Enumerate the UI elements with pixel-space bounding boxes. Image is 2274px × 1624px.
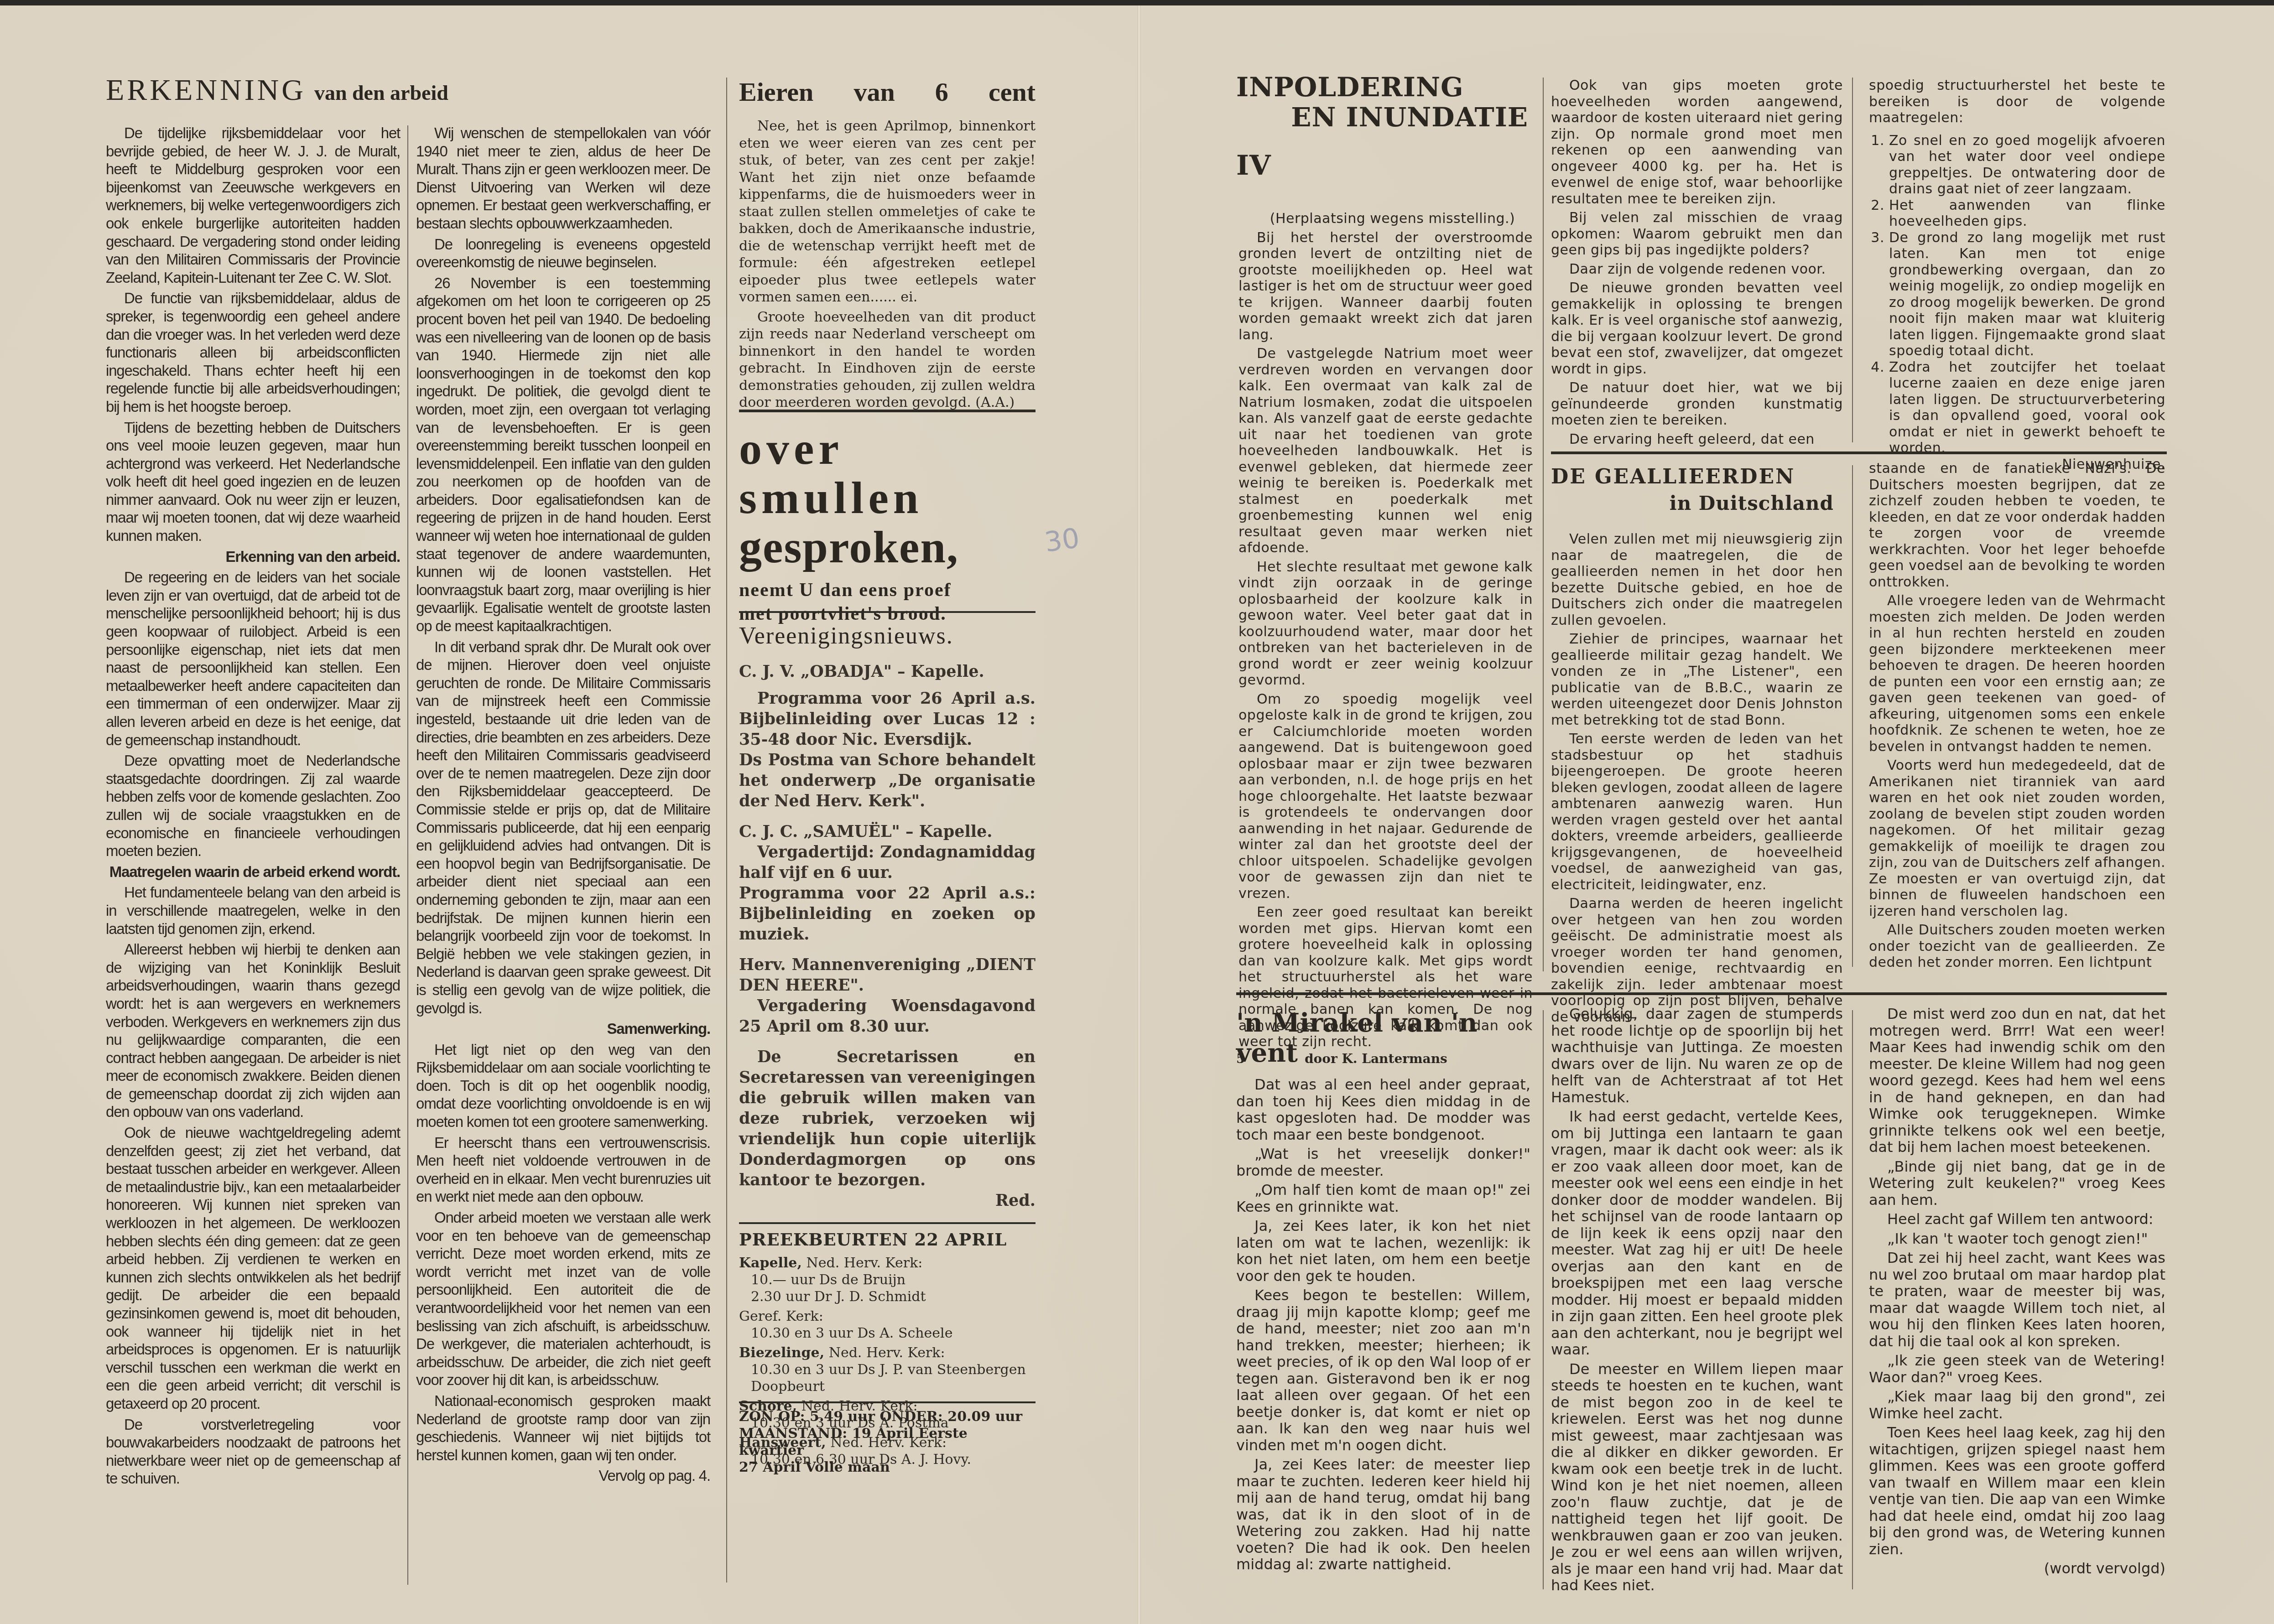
ad-line: gesproken, [739,523,1036,572]
column-rule [1543,78,1544,971]
mirakel-column-3: De mist werd zoo dun en nat, dat het mot… [1869,1006,2165,1580]
erkenning-column-1: De tijdelijke rijksbemiddelaar voor het … [106,124,400,1490]
paragraph: Het slechte resultaat met gewone kalk vi… [1238,559,1533,689]
headline-line: DE GEALLIEERDEN [1551,465,1834,488]
paragraph: Ja, zei Kees later, ik kon het niet late… [1236,1218,1530,1284]
paragraph: spoedig structuurherstel het beste te be… [1869,78,2165,126]
paragraph: „Wat is het vreeselijk donker!" bromde d… [1236,1146,1530,1179]
subheading: Maatregelen waarin de arbeid erkend word… [106,863,400,881]
inpoldering-column-3: spoedig structuurherstel het beste te be… [1869,78,2165,475]
reprint-note: (Herplaatsing wegens misstelling.) [1238,211,1533,227]
paragraph: De natuur doet hier, wat we bij geïnunde… [1551,380,1843,429]
club-heading: C. J. V. „OBADJA" – Kapelle. [739,661,1036,682]
center-fold [1137,5,1141,1624]
paragraph: Kees begon te bestellen: Willem, draag j… [1236,1287,1530,1453]
column-rule [726,78,727,1582]
paragraph: Bij velen zal misschien de vraag opkomen… [1551,210,1843,259]
section-divider [739,1222,1036,1224]
sun-moon-info: ZON OP: 5.49 uur ONDER: 20.09 uur MAANST… [739,1408,1036,1476]
club-line: Ds Postma van Schore behandelt het onder… [739,750,1036,811]
paragraph: „Binde gij niet bang, dat ge in de Weter… [1869,1158,2165,1209]
paragraph: De meester en Willem liepen maar steeds … [1551,1361,1843,1594]
paragraph: Ook van gips moeten grote hoeveelheden w… [1551,78,1843,207]
paragraph: Alle vroegere leden van de Wehrmacht moe… [1869,593,2165,755]
paragraph: Deze opvatting moet de Nederlandsche sta… [106,752,400,860]
headline-word: cent [989,77,1036,107]
paragraph: Om zo spoedig mogelijk veel opgeloste ka… [1238,691,1533,902]
column-rule [1852,1010,1853,1589]
continued-note: Vervolg op pag. 4. [416,1467,710,1485]
church-entry: Geref. Kerk: [739,1308,1036,1325]
headline-sub: van den arbeid [314,81,448,104]
club-line: Programma voor 26 April a.s. Bijbelinlei… [739,688,1036,750]
headline-line: INPOLDERING [1236,72,1528,102]
place: Biezelinge, [739,1345,824,1361]
paragraph: Heel zacht gaf Willem ten antwoord: [1869,1211,2165,1228]
paragraph: Tijdens de bezetting hebben de Duitscher… [106,419,400,545]
paragraph: De loonregeling is eveneens opgesteld ov… [416,235,710,271]
paragraph: De ervaring heeft geleerd, dat een [1551,431,1843,448]
paragraph: Onder arbeid moeten we verstaan alle wer… [416,1209,710,1389]
continued-note: (wordt vervolgd) [1869,1560,2165,1577]
church: Ned. Herv. Kerk: [806,1255,922,1271]
service: 10.30 en 3 uur Ds J. P. van Steenbergen [739,1361,1036,1378]
headline-part-number: IV [1236,150,1528,181]
paragraph: Ook de nieuwe wachtgeldregeling ademt de… [106,1124,400,1413]
paragraph: Ten eerste werden de leden van het stads… [1551,731,1843,893]
headline-erkenning: ERKENNINGvan den arbeid [106,73,448,108]
measure-item: Het aanwenden van flinke hoeveelheden gi… [1889,197,2165,230]
headline-line: EN INUNDATIE [1236,102,1528,132]
paragraph: Ik had eerst gedacht, vertelde Kees, om … [1551,1108,1843,1358]
episode-number: 5 [1236,1051,1245,1066]
club-heading: C. J. C. „SAMUËL" – Kapelle. [739,821,1036,842]
pencil-annotation: 30 [1043,522,1082,559]
headline-main: ERKENNING [106,73,306,107]
mirakel-column-1: Dat was al een heel ander gepraat, dan t… [1236,1076,1530,1576]
moon-phase: MAANSTAND: 19 April Eerste kwartier [739,1425,1036,1459]
column-rule [1852,465,1853,967]
section-divider [739,1401,1036,1403]
paragraph: Nee, het is geen Aprilmop, binnenkort et… [739,118,1036,306]
place: Kapelle, [739,1255,802,1271]
headline-eieren: Eieren van 6 cent [739,77,1036,107]
notice: De Secretarissen en Secretaressen van ve… [739,1047,1036,1190]
paragraph: Velen zullen met mij nieuwsgierig zijn n… [1551,531,1843,628]
paragraph: Voorts werd hun medegedeeld, dat de Amer… [1869,758,2165,919]
section-divider [739,611,1036,613]
service: 10.30 en 3 uur Ds A. Scheele [739,1325,1036,1342]
paragraph: De tijdelijke rijksbemiddelaar voor het … [106,124,400,286]
paragraph: Het ligt niet op den weg van den Rijksbe… [416,1041,710,1131]
measure-item: De grond zo lang mogelijk met rust laten… [1889,230,2165,359]
club-line: Programma voor 22 April a.s.: Bijbelinle… [739,883,1036,944]
column-rule [1543,1010,1544,1589]
church-entry: Biezelinge, Ned. Herv. Kerk: [739,1344,1036,1361]
paragraph: De nieuwe gronden bevatten veel gemakkel… [1551,280,1843,377]
moon-phase: 27 April Volle maan [739,1459,1036,1476]
paragraph: „Ik kan 't waoter toch genogt zien!" [1869,1230,2165,1247]
inpoldering-column-1: (Herplaatsing wegens misstelling.) Bij h… [1238,211,1533,1053]
paragraph: Ziehier de principes, waarnaar het geall… [1551,631,1843,728]
paragraph: „Om half tien komt de maan op!" zei Kees… [1236,1182,1530,1215]
section-divider [1236,992,2167,995]
paragraph: Daar zijn de volgende redenen voor. [1551,261,1843,278]
headline-inpoldering: INPOLDERING EN INUNDATIE IV [1236,72,1528,181]
paragraph: Groote hoeveelheden van dit product zijn… [739,309,1036,411]
paragraph: Wij wenschen de stempellokalen van vóór … [416,124,710,233]
section-divider [1551,451,2167,454]
headline-geallieerden: DE GEALLIEERDEN in Duitschland [1551,465,1834,514]
paragraph: Allereerst hebben wij hierbij te denken … [106,940,400,1121]
club-heading: Herv. Mannenvereniging „DIENT DEN HEERE"… [739,955,1036,996]
column-rule [1852,78,1853,442]
paragraph: De functie van rijksbemiddelaar, aldus d… [106,289,400,415]
paragraph: Er heerscht thans een vertrouwenscrisis.… [416,1134,710,1206]
service: Doopbeurt [739,1378,1036,1395]
erkenning-column-2: Wij wenschen de stempellokalen van vóór … [416,124,710,1488]
paragraph: Ja, zei Kees later: de meester liep maar… [1236,1456,1530,1573]
advertisement-poortvliet: over smullen gesproken, neemt U dan eens… [739,424,1036,626]
vereenigingsnieuws-body: C. J. V. „OBADJA" – Kapelle. Programma v… [739,661,1036,1211]
measure-item: Zodra het zoutcijfer het toelaat lucerne… [1889,359,2165,457]
measures-list: Zo snel en zo goed mogelijk afvoeren van… [1869,133,2165,457]
headline-word: Eieren [739,77,813,107]
sun-times: ZON OP: 5.49 uur ONDER: 20.09 uur [739,1408,1036,1425]
subheading: Samenwerking. [416,1020,710,1038]
service: 10.— uur Ds de Bruijn [739,1271,1036,1288]
church: Geref. Kerk: [739,1308,823,1324]
paragraph: Het fundamenteele belang van den arbeid … [106,883,400,938]
paragraph: „Kiek maar laag bij den grond", zei Wimk… [1869,1388,2165,1422]
church: Ned. Herv. Kerk: [829,1345,945,1361]
paragraph: „Ik zie geen steek van de Wetering! Waor… [1869,1352,2165,1385]
service: 2.30 uur Dr J. D. Schmidt [739,1288,1036,1305]
paragraph: Toen Kees heel laag keek, zag hij den wi… [1869,1424,2165,1557]
paragraph: Gelukkig, daar zagen de stumperds het ro… [1551,1006,1843,1105]
author-byline: door K. Lantermans [1305,1051,1447,1066]
paragraph: In dit verband sprak dhr. De Muralt ook … [416,638,710,1017]
club-line: Vergadertijd: Zondagnamiddag half vijf e… [739,842,1036,883]
paragraph: staande en de fanatieke Nazi's. De Duits… [1869,461,2165,590]
paragraph: Bij het herstel der overstroomde gronden… [1238,230,1533,343]
headline-word: van [853,77,895,107]
subheading: Erkenning van den arbeid. [106,548,400,566]
headline-word: 6 [935,77,948,107]
signature: Red. [739,1190,1036,1211]
column-rule [407,125,408,1585]
preekbeurten-title: PREEKBEURTEN 22 APRIL [739,1231,1036,1248]
ad-line: neemt U dan eens proef [739,578,1036,602]
paragraph: Dat was al een heel ander gepraat, dan t… [1236,1076,1530,1143]
paragraph: De mist werd zoo dun en nat, dat het mot… [1869,1006,2165,1156]
section-title-vereenigingsnieuws: Vereenigingsnieuws. [739,623,953,649]
ad-line: over smullen [739,424,1036,523]
geallieerden-column-1: Velen zullen met mij nieuwsgierig zijn n… [1551,531,1843,1028]
club-line: Vergadering Woensdagavond 25 April om 8.… [739,996,1036,1037]
measure-item: Zo snel en zo goed mogelijk afvoeren van… [1889,133,2165,197]
paragraph: Alle Duitschers zouden moeten werken ond… [1869,922,2165,971]
paragraph: Nationaal-economisch gesproken maakt Ned… [416,1392,710,1464]
inpoldering-column-2: Ook van gips moeten grote hoeveelheden w… [1551,78,1843,450]
church-entry: Kapelle, Ned. Herv. Kerk: [739,1255,1036,1271]
paragraph: De vorstverletregeling voor bouwvakarbei… [106,1416,400,1488]
section-divider [739,410,1036,412]
geallieerden-column-2: staande en de fanatieke Nazi's. De Duits… [1869,461,2165,974]
mirakel-column-2: Gelukkig, daar zagen de stumperds het ro… [1551,1006,1843,1597]
paragraph: 26 November is een toestemming afgekomen… [416,274,710,635]
eieren-body: Nee, het is geen Aprilmop, binnenkort et… [739,118,1036,414]
headline-line: in Duitschland [1551,492,1834,514]
paragraph: De vastgelegde Natrium moet weer verdrev… [1238,346,1533,556]
paragraph: Dat zei hij heel zacht, want Kees was nu… [1869,1250,2165,1349]
paragraph: De regeering en de leiders van het socia… [106,568,400,749]
